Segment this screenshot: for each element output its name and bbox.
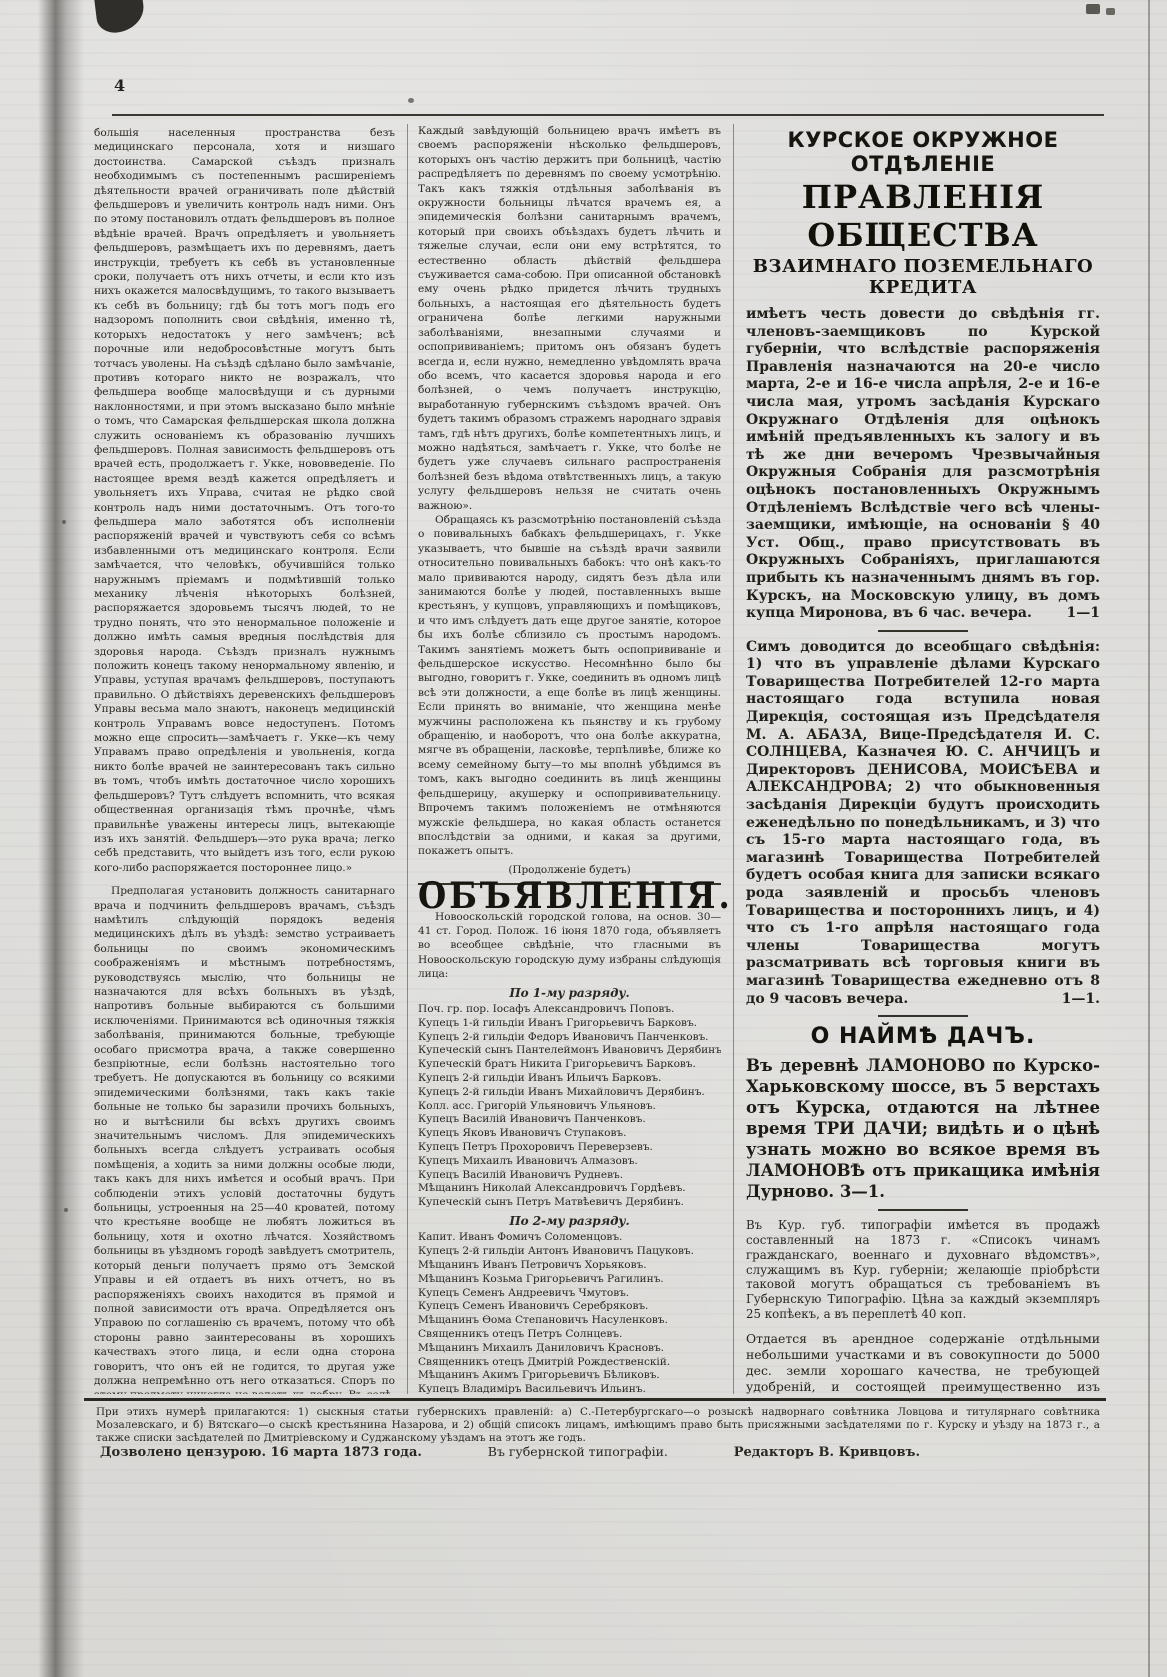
article-paragraph: Каждый завѣдующій больницею врачъ имѣетъ…: [418, 124, 721, 513]
ink-speck: [62, 520, 66, 524]
list-item: Священникъ отецъ Петръ Солнцевъ.: [418, 1328, 721, 1342]
list-item: Купецъ Петръ Прохоровичъ Переверзевъ.: [418, 1141, 721, 1155]
issue-counter: 3—1.: [840, 1182, 885, 1201]
list-item: Купецъ Яковъ Ивановичъ Ступаковъ.: [418, 1127, 721, 1141]
list-item: Мѣщанинъ Иванъ Петровичъ Хорьяковъ.: [418, 1259, 721, 1273]
issue-counter: 1—1.: [1062, 991, 1100, 1009]
printing-house-line: Въ губернской типографіи.: [488, 1444, 668, 1459]
notice-text: Симъ доводится до всеобщаго свѣдѣнія: 1)…: [746, 639, 1100, 1007]
article-paragraph: Предполагая установить должность санитар…: [94, 884, 395, 1394]
list-item: Купецъ Семенъ Ивановичъ Серебряковъ.: [418, 1300, 721, 1314]
list-item: Капит. Иванъ Фомичъ Соломенцовъ.: [418, 1231, 721, 1245]
ink-speck: [64, 1208, 68, 1212]
ink-speck: [408, 98, 414, 103]
list-item: Купецъ Владиміръ Васильевичъ Ильинъ.: [418, 1383, 721, 1394]
supplements-note: При этихъ нумерѣ прилагаются: 1) сыскныя…: [96, 1406, 1100, 1446]
elected-list-1: Поч. гр. пор. Іосафъ Александровичъ Попо…: [418, 1003, 721, 1210]
list-item: Поч. гр. пор. Іосафъ Александровичъ Попо…: [418, 1003, 721, 1017]
list-item: Купецъ Василій Ивановичъ Рудневъ.: [418, 1169, 721, 1183]
issue-counter: 1—1: [1067, 605, 1100, 623]
editor-line: Редакторъ В. Кривцовъ.: [734, 1445, 920, 1460]
list-item: Купеческій сынъ Петръ Матвѣевичъ Дерябин…: [418, 1196, 721, 1210]
announcements-section-title: ОБЪЯВЛЕНІЯ.: [418, 889, 721, 903]
page-number: 4: [114, 76, 125, 95]
list-item: Купецъ 1-й гильдіи Иванъ Григорьевичъ Ба…: [418, 1017, 721, 1031]
ink-stain: [1086, 4, 1100, 14]
dacha-ad-text: Въ деревнѣ ЛАМОНОВО по Курско-Харьковско…: [746, 1056, 1100, 1201]
land-lease-ad-text: Отдается въ арендное содержаніе отдѣльны…: [746, 1331, 1100, 1394]
column-1: большія населенныя пространства безъ мед…: [90, 124, 408, 1394]
credit-society-header-line2: ПРАВЛЕНІЯ ОБЩЕСТВА: [746, 178, 1100, 254]
spine-shadow: [38, 0, 84, 1677]
notice-text: имѣетъ честь довести до свѣдѣнія гг. чле…: [746, 306, 1100, 621]
ink-stain: [1106, 8, 1115, 15]
separator-rule: [878, 630, 968, 632]
land-lease-ad: Отдается въ арендное содержаніе отдѣльны…: [746, 1331, 1100, 1394]
list-item: Мѣщанинъ Ѳома Степановичъ Насуленковъ.: [418, 1314, 721, 1328]
footer-rule: [84, 1398, 1106, 1401]
top-rule: [112, 114, 1104, 116]
list-item: Купецъ 2-й гильдіи Федоръ Ивановичъ Панч…: [418, 1031, 721, 1045]
category-2-title: По 2-му разряду.: [418, 1214, 721, 1228]
separator-rule: [878, 1209, 968, 1211]
columns: большія населенныя пространства безъ мед…: [90, 124, 1106, 1394]
list-item: Мѣщанинъ Акимъ Григорьевичъ Бѣликовъ.: [418, 1369, 721, 1383]
dacha-ad: Въ деревнѣ ЛАМОНОВО по Курско-Харьковско…: [746, 1055, 1100, 1202]
list-item: Колл. асс. Григорій Ульяновичъ Ульяновъ.: [418, 1100, 721, 1114]
article-paragraph: Обращаясь къ разсмотрѣнію постановленій …: [418, 513, 721, 859]
list-item: Купецъ Василій Ивановичъ Панченковъ.: [418, 1113, 721, 1127]
list-item: Священникъ отецъ Дмитрій Рождественскій.: [418, 1356, 721, 1370]
list-item: Купеческій сынъ Пантелеймонъ Ивановичъ Д…: [418, 1044, 721, 1058]
list-item: Мѣщанинъ Николай Александровичъ Гордѣевъ…: [418, 1182, 721, 1196]
list-item: Мѣщанинъ Михаилъ Даниловичъ Красновъ.: [418, 1342, 721, 1356]
list-item: Купеческій братъ Никита Григорьевичъ Бар…: [418, 1058, 721, 1072]
category-1-title: По 1-му разряду.: [418, 986, 721, 1000]
typography-ad: Въ Кур. губ. типографіи имѣется въ прода…: [746, 1218, 1100, 1322]
credit-society-header-line3: ВЗАИМНАГО ПОЗЕМЕЛЬНАГО КРЕДИТА: [746, 256, 1100, 298]
consumers-society-notice: Симъ доводится до всеобщаго свѣдѣнія: 1)…: [746, 639, 1100, 1008]
announcement-intro: Новооскольскій городской голова, на осно…: [418, 910, 721, 982]
list-item: Купецъ Михаилъ Ивановичъ Алмазовъ.: [418, 1155, 721, 1169]
column-2: Каждый завѣдующій больницею врачъ имѣетъ…: [408, 124, 734, 1394]
imprint-row: Дозволено цензурою. 16 марта 1873 года. …: [100, 1444, 1100, 1460]
list-item: Купецъ Семенъ Андреевичъ Чмутовъ.: [418, 1287, 721, 1301]
censorship-line: Дозволено цензурою. 16 марта 1873 года.: [100, 1445, 422, 1460]
list-item: Купецъ 2-й гильдіи Антонъ Ивановичъ Пацу…: [418, 1245, 721, 1259]
article-paragraph: большія населенныя пространства безъ мед…: [94, 126, 395, 875]
newspaper-page: 4 большія населенныя пространства безъ м…: [0, 0, 1167, 1677]
list-item: Купецъ 2-й гильдіи Иванъ Ильичъ Барковъ.: [418, 1072, 721, 1086]
elected-list-2: Капит. Иванъ Фомичъ Соломенцовъ. Купецъ …: [418, 1231, 721, 1394]
credit-society-header-line1: КУРСКОЕ ОКРУЖНОЕ ОТДѢЛЕНІЕ: [746, 128, 1100, 176]
list-item: Мѣщанинъ Козьма Григорьевичъ Рагилинъ.: [418, 1273, 721, 1287]
page-edge-line: [1148, 0, 1150, 1677]
credit-society-notice: имѣетъ честь довести до свѣдѣнія гг. чле…: [746, 306, 1100, 623]
ink-stain: [94, 0, 147, 35]
list-item: Купецъ 2-й гильдіи Иванъ Михайловичъ Дер…: [418, 1086, 721, 1100]
separator-rule: [878, 1015, 968, 1017]
column-3: КУРСКОЕ ОКРУЖНОЕ ОТДѢЛЕНІЕ ПРАВЛЕНІЯ ОБЩ…: [734, 124, 1106, 1394]
dacha-ad-title: О НАЙМѢ ДАЧЪ.: [746, 1024, 1100, 1049]
